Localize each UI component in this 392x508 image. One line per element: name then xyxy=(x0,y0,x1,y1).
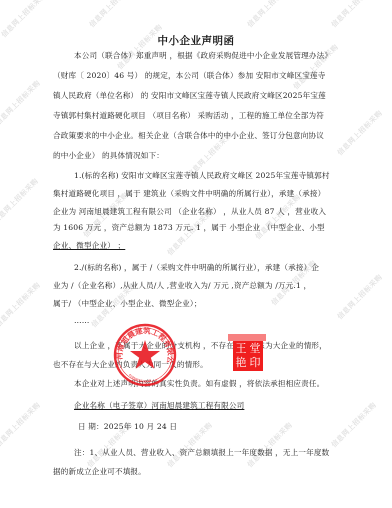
date-line: 日 期：2025年 10 月 24 日 xyxy=(78,421,177,432)
item1-line-3: 企业为 河南旭晨建筑工程有限公司 （企业名称） ，从业人员 87 人 ，营业收入 xyxy=(53,206,326,217)
closing-line-1: 以上企业 ，不属于大企业的分支机构 ，不存在控股股东为大企业的情形， xyxy=(74,340,327,351)
note-line-2: 据的新成立企业可不填报。 xyxy=(53,466,146,477)
seal-char: 王 xyxy=(234,342,248,356)
watermark-text: 信息网上招标采购 xyxy=(329,400,378,449)
watermark-text: 信息网上招标采购 xyxy=(0,78,43,127)
ellipsis: …… xyxy=(74,316,90,325)
item1-line-1: 1.(标的名称) 安阳市文峰区宝莲寺镇人民政府文峰区 2025年宝莲寺镇郭村 xyxy=(74,170,330,181)
company-seal-icon: 河南旭晨建筑工程有限公司 4105001024410 xyxy=(113,323,177,387)
closing-line-3: 本企业对上述声明内容的真实性负责。如有虚假 ，将依法承担相应责任。 xyxy=(74,378,324,389)
item2-line-3: 属于/ （中型企业、小型企业、微型企业）； xyxy=(53,298,202,309)
watermark-text: 信息网上招标采购 xyxy=(335,272,384,321)
seal-overlap xyxy=(228,334,266,341)
seal-char: 艳 xyxy=(234,356,248,370)
watermark-text: 信息网上招标采购 xyxy=(329,0,378,30)
intro-line-3: 镇人民政府（单位名称） 的 安阳市文峰区宝莲寺镇人民政府文峰区2025年宝莲 xyxy=(53,90,326,101)
signature-line: 企业名称（电子签章）河南旭晨建筑工程有限公司 xyxy=(74,400,244,411)
seal-char: 印 xyxy=(248,356,262,370)
item1-line-5: 企业、微型企业） ； xyxy=(53,240,125,251)
intro-line-5: 合政策要求的中小企业。相关企业（含联合体中的中小企业、签订分包意向协议 xyxy=(53,130,324,141)
watermark-text: 信息网上招标采购 xyxy=(335,108,384,157)
watermark-text: 信息网上招标采购 xyxy=(253,192,302,241)
intro-line-1: 本公司（联合体）郑重声明 ，根据《政府采购促进中小企业发展管理办法》 xyxy=(74,50,332,61)
watermark-text: 信息网上招标采购 xyxy=(0,280,43,329)
document-page: 信息网上招标采购 信息网上招标采购 信息网上招标采购 信息网上招标采购 信息网上… xyxy=(0,0,392,508)
item1-line-2: 集村道路硬化项目 ，属于 建筑业（采购文件中明确的所属行业），承建（承接） xyxy=(53,188,325,199)
seal-char: 堂 xyxy=(248,342,262,356)
intro-line-4: 寺镇郭村集村道路硬化项目 （项目名称） 采购活动 ，工程的施工单位全部为符 xyxy=(53,110,324,121)
personal-seal-icon: 王 堂 艳 印 xyxy=(233,341,263,371)
item1-line-4: 为 1606 万元 ，资产总额为 1873 万元. 1 ，属于 小型企业 （中型… xyxy=(53,222,325,233)
note-line-1: 注：1、从业人员、营业收入、资产总额填报上一年度数据 ，无上一年度数 xyxy=(74,447,329,458)
intro-line-2: （财库〔 2020〕46 号） 的规定，本公司（联合体）参加 安阳市文峰区宝莲寺 xyxy=(53,70,325,81)
watermark-text: 信息网上招标采购 xyxy=(245,0,294,30)
intro-line-6: 的中小企业） 的具体情况如下： xyxy=(53,150,164,161)
item2-line-2: 业为 /（企业名称）,从业人员/人 ,营业收入为/ 万元 ,资产总额为 /万元.… xyxy=(53,280,311,291)
watermark-text: 信息网上招标采购 xyxy=(0,176,41,225)
watermark-text: 信息网上招标采购 xyxy=(87,0,136,30)
item2-line-1: 2./(标的名称) ，属于 /（采购文件中明确的所属行业），承建（承接）企 xyxy=(74,262,319,273)
watermark-text: 信息网上招标采购 xyxy=(0,400,43,449)
watermark-text: 信息网上招标采购 xyxy=(245,420,294,469)
document-title: 中小企业声明函 xyxy=(0,33,392,48)
